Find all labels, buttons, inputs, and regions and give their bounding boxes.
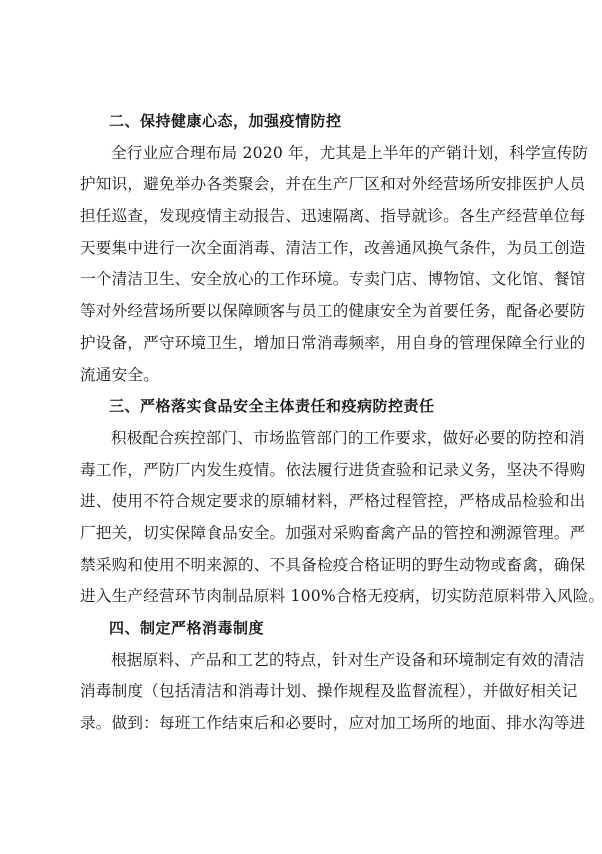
paragraph-line: 厂把关，切实保障食品安全。加强对采购畜禽产品的管控和溯源管理。严 xyxy=(80,518,528,550)
paragraph-line: 一个清洁卫生、安全放心的工作环境。专卖门店、博物馆、文化馆、餐馆 xyxy=(80,264,528,296)
paragraph-line: 流通安全。 xyxy=(80,360,528,392)
paragraph-line: 护知识，避免举办各类聚会，并在生产厂区和对外经营场所安排医护人员 xyxy=(80,169,528,201)
paragraph-line: 进、使用不符合规定要求的原辅材料，严格过程管控，严格成品检验和出 xyxy=(80,486,528,518)
paragraph-line: 全行业应合理布局 2020 年，尤其是上半年的产销计划，科学宣传防 xyxy=(80,138,528,170)
section-heading-3: 三、严格落实食品安全主体责任和疫病防控责任 xyxy=(80,391,528,423)
paragraph-line: 进入生产经营环节肉制品原料 100%合格无疫病，切实防范原料带入风险。 xyxy=(80,581,528,613)
document-page: 二、保持健康心态，加强疫情防控 全行业应合理布局 2020 年，尤其是上半年的产… xyxy=(80,106,528,740)
paragraph-line: 天要集中进行一次全面消毒、清洁工作，改善通风换气条件，为员工创造 xyxy=(80,233,528,265)
paragraph-line: 积极配合疾控部门、市场监管部门的工作要求，做好必要的防控和消 xyxy=(80,423,528,455)
paragraph-line: 禁采购和使用不明来源的、不具备检疫合格证明的野生动物或畜禽，确保 xyxy=(80,550,528,582)
paragraph-line: 根据原料、产品和工艺的特点，针对生产设备和环境制定有效的清洁 xyxy=(80,645,528,677)
paragraph-line: 担任巡查，发现疫情主动报告、迅速隔离、指导就诊。各生产经营单位每 xyxy=(80,201,528,233)
paragraph-line: 护设备，严守环境卫生，增加日常消毒频率，用自身的管理保障全行业的 xyxy=(80,328,528,360)
section-heading-2: 二、保持健康心态，加强疫情防控 xyxy=(80,106,528,138)
paragraph-line: 毒工作，严防厂内发生疫情。依法履行进货查验和记录义务，坚决不得购 xyxy=(80,455,528,487)
paragraph-line: 消毒制度（包括清洁和消毒计划、操作规程及监督流程），并做好相关记 xyxy=(80,676,528,708)
paragraph-line: 录。做到：每班工作结束后和必要时，应对加工场所的地面、排水沟等进 xyxy=(80,708,528,740)
paragraph-line: 等对外经营场所要以保障顾客与员工的健康安全为首要任务，配备必要防 xyxy=(80,296,528,328)
section-heading-4: 四、制定严格消毒制度 xyxy=(80,613,528,645)
